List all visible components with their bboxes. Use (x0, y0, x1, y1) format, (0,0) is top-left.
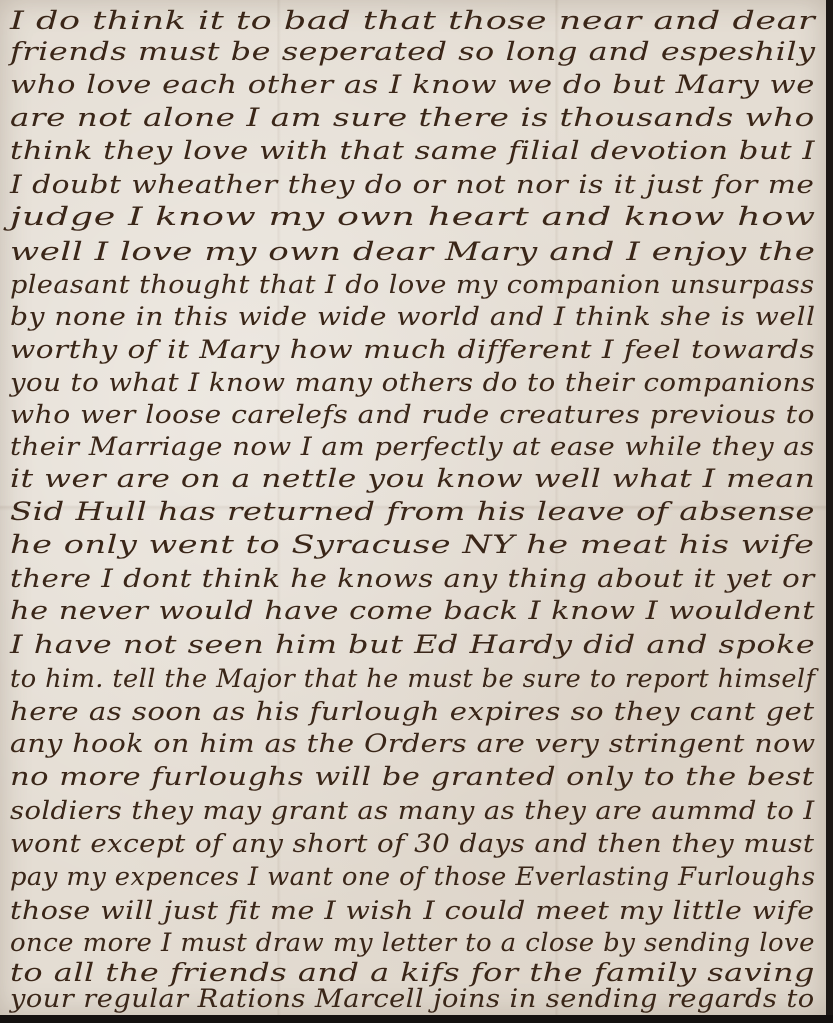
letter-line: judge I know my own heart and know how (10, 202, 816, 242)
scan-border-bottom (0, 1015, 833, 1023)
scan-border-right (826, 0, 833, 1023)
letter-page: I do think it to bad that those near and… (0, 0, 826, 1015)
